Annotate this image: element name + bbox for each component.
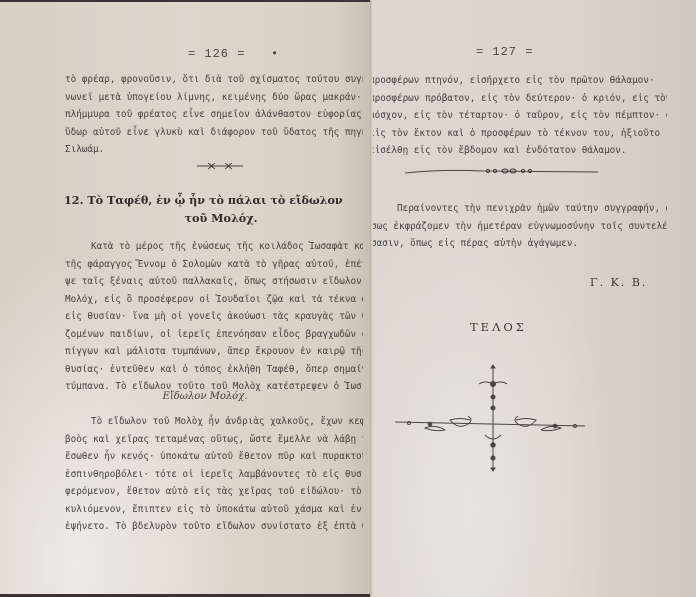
text-line: τὸ φρέαρ, φρονοῦσιν, ὅτι διὰ τοῦ σχίσματ… [65, 71, 363, 89]
text-line: κυλιόμενον, ἔπιπτεν εἰς τὸ ὑποκάτω αὐτοῦ… [65, 501, 363, 519]
text-line: εἰς τὸν ἕκτον καὶ ὁ προσφέρων τὸ τέκνον … [373, 125, 667, 143]
text-line: μόσχον, εἰς τὸν τέταρτον· ὁ ταῦρον, εἰς … [373, 107, 667, 125]
author-initials: Γ. Κ. Β. [590, 276, 647, 289]
end-mark-telos: ΤΕΛΟΣ [470, 320, 527, 334]
text-line: ψε ταῖς ξέναις αὐτοῦ παλλακαῖς, ὅπως στή… [65, 273, 363, 291]
text-line: τῆς φάραγγος Ἔννομ ὁ Σολομὼν κατὰ τὸ γῆρ… [65, 256, 363, 274]
text-line: ἔσωθεν ἦν κενός· ὑποκάτω αὐτοῦ ἔθετον πῦ… [65, 448, 363, 466]
text-line: προσφέρων πτηνόν, εἰσήρχετο εἰς τὸν πρῶτ… [373, 72, 667, 90]
section-paragraph: Κατὰ τὸ μέρος τῆς ἑνώσεως τῆς κοιλάδος Ἰ… [65, 238, 363, 396]
text-line: ὕδωρ αὐτοῦ εἶνε γλυκὺ καὶ διάφορον τοῦ ὕ… [65, 124, 363, 142]
text-line: ἐσπινθηροβόλει· τότε οἱ ἱερεῖς λαμβάνοντ… [65, 466, 363, 484]
text-line: πλήμμυρα τοῦ φρέατος εἶνε σημεῖον ἀλάνθα… [65, 106, 363, 124]
subheading-idol-moloch: Εἴδωλον Μολόχ. [150, 391, 260, 402]
tailpiece-ornament [395, 363, 590, 473]
text-line: νωνεῖ μετὰ ὑπογείου λίμνης, κειμένης δύο… [65, 89, 363, 107]
ink-dot: • [271, 47, 279, 61]
section-heading: 12. Τὸ Ταφέθ, ἐν ᾧ ἦν τὸ πάλαι τὸ εἴδωλο… [64, 191, 368, 227]
text-line: σασιν, ὅπως εἰς πέρας αὐτὴν ἀγάγωμεν. [373, 235, 667, 253]
right-page: = 127 = προσφέρων πτηνόν, εἰσήρχετο εἰς … [373, 0, 696, 597]
section-heading-line2: τοῦ Μολόχ. [64, 209, 368, 227]
text-line: προσφέρων πρόβατον, εἰς τὸν δεύτερον· ὁ … [373, 90, 667, 108]
long-divider-ornament [403, 166, 603, 176]
small-divider-ornament [195, 162, 245, 170]
idol-paragraph: Τὸ εἴδωλον τοῦ Μολὸχ ἦν ἀνδριὰς χαλκοῦς,… [65, 413, 363, 536]
text-line: εἰς θυσίαν· ἵνα μὴ οἱ γονεῖς ἀκούωσι τὰς… [65, 308, 363, 326]
closing-paragraph: Περαίνοντες τὴν πενιχρὰν ἡμῶν ταύτην συγ… [373, 200, 667, 253]
text-line: θυσίας· ἐντεῦθεν καὶ ὁ τόπος ἐκλήθη Ταφέ… [65, 361, 363, 379]
text-line: πίγγων καὶ μάλιστα τυμπάνων, ἅπερ ἔκρουο… [65, 343, 363, 361]
text-line: Τὸ εἴδωλον τοῦ Μολὸχ ἦν ἀνδριὰς χαλκοῦς,… [65, 413, 363, 431]
page-number-127: = 127 = [476, 45, 533, 59]
left-page: = 126 = • τὸ φρέαρ, φρονοῦσιν, ὅτι διὰ τ… [0, 2, 372, 594]
text-line: σως ἐκφράζομεν τὴν ἡμετέραν εὐγνωμοσύνην… [373, 218, 667, 236]
right-continuation-paragraph: προσφέρων πτηνόν, εἰσήρχετο εἰς τὸν πρῶτ… [373, 72, 667, 160]
left-continuation-paragraph: τὸ φρέαρ, φρονοῦσιν, ὅτι διὰ τοῦ σχίσματ… [65, 71, 363, 159]
text-line: ζομένων παιδίων, οἱ ἱερεῖς ἐπενόησαν εἶδ… [65, 326, 363, 344]
text-line: Μολόχ, εἰς ὃ προσέφερον οἱ Ἰουδαῖοι ζῷα … [65, 291, 363, 309]
text-line: Κατὰ τὸ μέρος τῆς ἑνώσεως τῆς κοιλάδος Ἰ… [65, 238, 363, 256]
text-line: εἰσέλθῃ εἰς τὸν ἕβδομον καὶ ἐνδότατον θά… [373, 142, 667, 160]
text-line: ἐψήνετο. Τὸ βδελυρὸν τοῦτο εἴδωλον συνίσ… [65, 518, 363, 536]
section-heading-line1: 12. Τὸ Ταφέθ, ἐν ᾧ ἦν τὸ πάλαι τὸ εἴδωλο… [64, 191, 368, 209]
page-number-126: = 126 = [188, 47, 245, 61]
text-line: φερόμενον, ἔθετον αὐτὸ εἰς τὰς χεῖρας το… [65, 483, 363, 501]
text-line: Περαίνοντες τὴν πενιχρὰν ἡμῶν ταύτην συγ… [373, 200, 667, 218]
text-line: Σιλωάμ. [65, 141, 363, 159]
text-line: βοὸς καὶ χεῖρας τεταμένας οὕτως, ὥστε ἔμ… [65, 431, 363, 449]
